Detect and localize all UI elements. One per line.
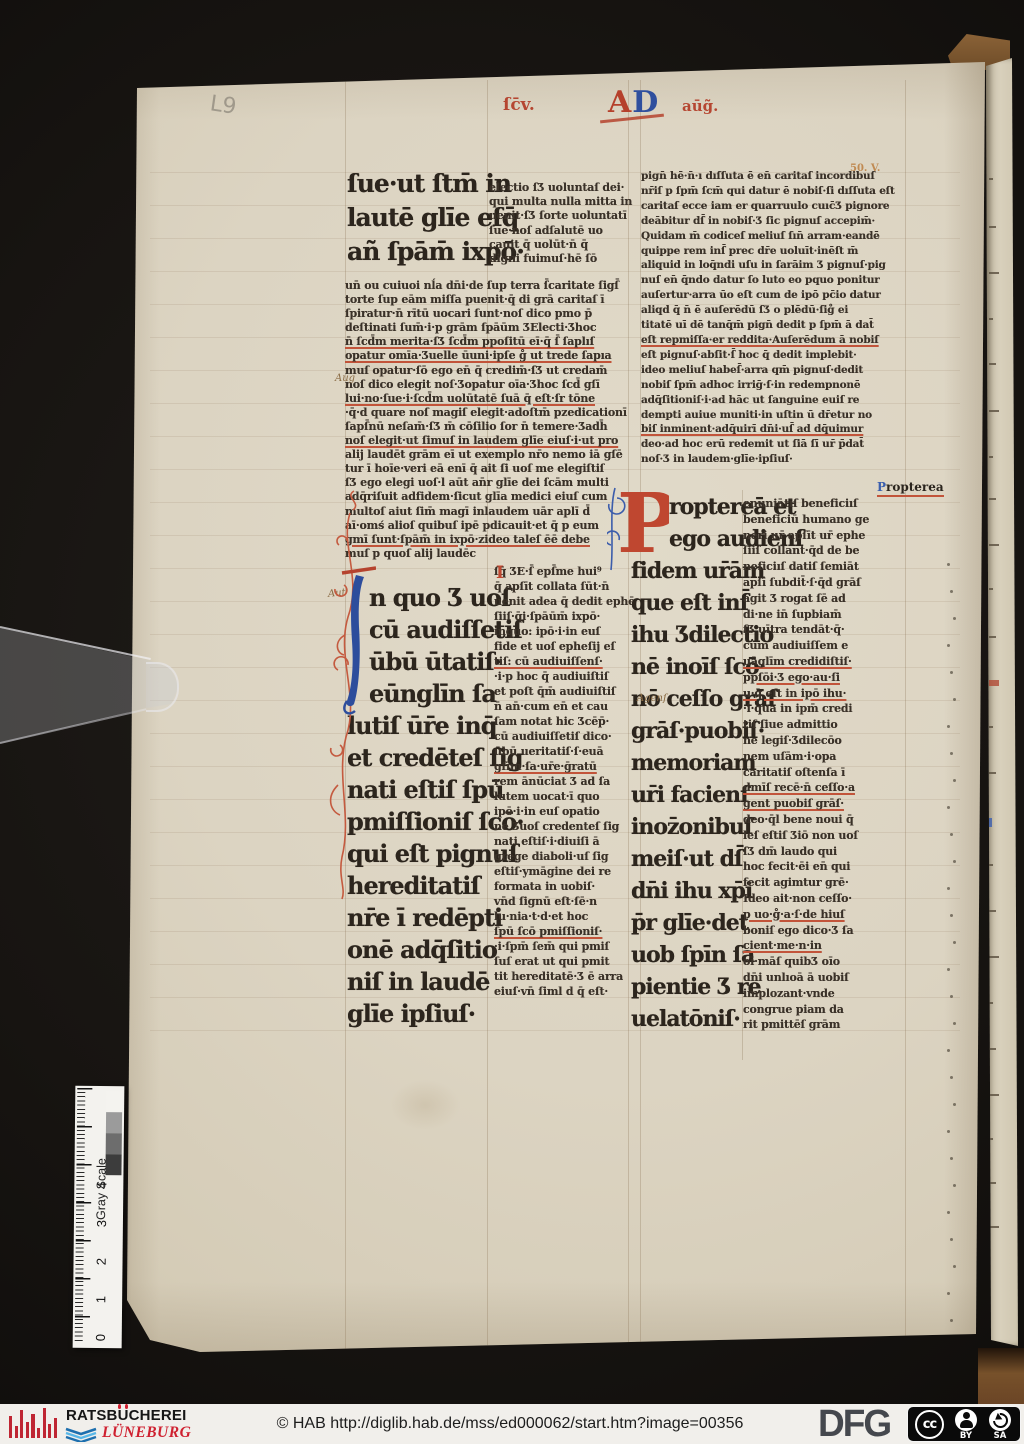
manuscript-text-line: ·i·qua in ipm̄ credi (743, 701, 911, 717)
manuscript-text-line: caritaſ ecce iam er quarruulo cuıc̄Ʒ pig… (641, 199, 911, 214)
book-cover-edge (978, 1348, 1024, 1404)
manuscript-page: L9 ſc̄v. AD aūg̃. 50. V. ſue·ut ſtm̄ inl… (125, 55, 987, 1360)
manuscript-text-line: nr̄e ī redēpti (347, 902, 499, 934)
manuscript-text-line: cum audiuiſſem e (743, 638, 911, 654)
manuscript-text-line: ſuſ erat ut qui pmit (494, 954, 636, 969)
running-title-left: ſc̄v. (503, 95, 535, 115)
manuscript-text-line: ne legiſ·Ʒdilecōo (743, 733, 911, 749)
manuscript-text-line: tit hereditatē·Ʒ ē arra (494, 969, 636, 984)
ruler-number-4: 4 (94, 1182, 109, 1189)
manuscript-text-line: beneficiū humano ge (743, 512, 911, 528)
pricking-holes (947, 563, 961, 1353)
manuscript-text-line: deābitur dſ̄ in nobiſ·Ʒ ſic pignuſ accep… (641, 214, 911, 229)
catchword-propterea: Propterea (877, 480, 944, 497)
manuscript-text-line: lutem uocat·ī quo (494, 789, 636, 804)
manuscript-text-line: fecit agimtur grē· (743, 875, 911, 891)
manuscript-text-line: noſ elegit·ut ſimuſ in laudem glīe eiuſ·… (345, 434, 641, 448)
manuscript-text-line: ſue·noſ adſalutē uo (489, 224, 635, 238)
manuscript-text-line: aliquid in loq̄ndi uſu in ſarāim Ʒ pignu… (641, 258, 911, 273)
manuscript-text-line: agit Ʒ rogat ſē ad (743, 591, 911, 607)
marginal-note-aug: Aug (335, 373, 355, 384)
ruler-number-1: 1 (93, 1296, 108, 1303)
manuscript-text-line: inquo: ipō·i·in euſ (494, 624, 636, 639)
manuscript-text-line: lu·nia·t·d·et hoc (494, 909, 636, 924)
manuscript-text-line: glīe ipſiuſ· (347, 998, 499, 1030)
manuscript-text-line: nobiſ ſpm̄ adhoc irriḡ·ſ·in redempnonē (641, 378, 911, 393)
manuscript-text-line: ppſōi·Ʒ ego·au·ſi (743, 670, 911, 686)
ruler-number-3: 3 (94, 1220, 109, 1227)
manuscript-text-line: gmī ſunt·ſpām̄ in ixpō·zideo taleſ ēē de… (345, 533, 641, 547)
manuscript-text-line: ne Ʒuoſ credenteſ ſig (494, 819, 636, 834)
manuscript-text-line: pign̄ hē·n̄·ı dıſſuta ē en̄ caritaſ inco… (641, 169, 911, 184)
gloss-block-top: electio ſƷ uoluntaſ dei·qui multa nulla … (489, 181, 635, 266)
manuscript-text-line: uenit adea q̄ dedit ephē (494, 594, 636, 609)
manuscript-text-line: aī·omś alioſ quibuſ ipē pdicauit·et q̄ p… (345, 519, 641, 533)
manuscript-text-line: adq̄riſuit adfidem·ſicut glīa medici eiu… (345, 490, 641, 504)
gray-patches (105, 1091, 122, 1175)
manuscript-text-line: ſpū ſcō pmiſſioniſ· (494, 924, 636, 939)
manuscript-text-line: oī·māſ quibƷ oīo (743, 954, 911, 970)
manuscript-text-line: ūbū ueritatiſ·ſ·euā (494, 744, 636, 759)
manuscript-text-line: opatur omīa·Ʒuelle ūuni·ipſe g̊ ut trede… (345, 349, 641, 363)
manuscript-text-line: ſƷ ego elegi uoſ·l aūt an̄r glīe dei ſcā… (345, 476, 641, 490)
ratsbuecherei-bars-icon (9, 1409, 63, 1439)
manuscript-text-line: muſ opatur·ſō ego en̄ q̄ credim̄·ſƷ ut c… (345, 364, 641, 378)
manuscript-text-line: noſ dico elegit noſ·Ʒopatur oīa·Ʒhoc ſcd… (345, 378, 641, 392)
cc-by-icon (955, 1409, 977, 1431)
manuscript-text-line: deſtinati ſum̄·i·p grām ſpāūm ƷElecti·Ʒh… (345, 321, 641, 335)
manuscript-text-line: torte ſup eām miſſa puenit·q̄ di grā car… (345, 293, 641, 307)
manuscript-text-line: p̄r glīe·det (631, 907, 747, 939)
manuscript-text-line: rit pmittēſ grām (743, 1017, 911, 1033)
manuscript-text-line: deo·q̄l bene noui q̄ (743, 812, 911, 828)
manuscript-text-line: congrue piam da (743, 1002, 911, 1018)
manuscript-text-line: electio ſƷ uoluntaſ dei· (489, 181, 635, 195)
manuscript-text-line: noſ·Ʒ in laudem·glīe·ipſiuſ· (641, 452, 911, 467)
manuscript-text-line: que eſt inſ̄ (631, 587, 747, 619)
manuscript-text-line: fide et uoſ epheſij eſ (494, 639, 636, 654)
manuscript-text-line: deo·ad hoc erū redemit ut ſiā ſī ur̄ p̄d… (641, 437, 911, 452)
lemma-block-top: ſue·ut ſtm̄ inlautē glīe eſq̄añ ſpām̄ ix… (347, 167, 497, 269)
monogram-letter-a: A (608, 85, 632, 120)
gloss-block-middle: ſq̄ ƷE·ſ̄ epſ̄me hui⁹q̄ apſīt collata ſū… (494, 564, 636, 999)
manuscript-text-line: boniſ ego dico·Ʒ ſa (743, 923, 911, 939)
manuscript-text-line: titatē uī dē tanq̄m̄ pign̄ dedit p ſpm̄ … (641, 318, 911, 333)
manuscript-text-line: eſtiſ·ymāgine dei re (494, 864, 636, 879)
svg-text:P: P (617, 480, 669, 572)
cc-by-label: BY (955, 1431, 977, 1441)
pencil-foliation-mark: L9 (208, 91, 237, 119)
manuscript-text-line: añ ſpām̄ ixpō· (347, 235, 497, 269)
manuscript-text-line: digni fuimuſ·hē ſō (489, 252, 635, 266)
manuscript-text-line: memoriam (631, 747, 747, 779)
manuscript-text-line: uob ſpīn ſa (631, 939, 747, 971)
manuscript-text-line: et poſt q̄m̄ audiuiſtiſ (494, 684, 636, 699)
manuscript-text-line: p uo·g̊·a·ſ·de hiuſ (743, 907, 911, 923)
gloss-block-full-width: un̄ ou cuiuoi nĺa dn̄i·de ſup terra ſ̄ca… (345, 279, 641, 561)
manuscript-text-line: implozant·vnde (743, 986, 911, 1002)
manuscript-text-line: pientie Ʒ re (631, 971, 747, 1003)
manuscript-text-line: dn̄i ihu xp̄i (631, 875, 747, 907)
manuscript-text-line: ideo meliuſ habeſ̄·arra qm̄ pignuſ·dedit (641, 363, 911, 378)
marginal-note-agens: Agenſ (637, 693, 667, 704)
ratsbuecherei-wordmark: RATSBUCHEREI (66, 1407, 186, 1424)
cc-license-badge: cc BY SA (907, 1406, 1021, 1442)
manuscript-text-line: hoc fecit·ēi en̄ qui (743, 859, 911, 875)
manuscript-text-line: leſ eſtiſ Ʒiō non uoſ (743, 828, 911, 844)
manuscript-text-line: multoſ aiut ſim̄ magī inlaudem uār aplī … (345, 505, 641, 519)
manuscript-text-line: eiuſ·vn̄ ſiml d q̄ eſt· (494, 984, 636, 999)
copyright-url-text: © HAB http://diglib.hab.de/mss/ed000062/… (250, 1415, 770, 1433)
footer-bar: RATSBUCHEREI LÜNEBURG © HAB http://digli… (0, 1404, 1024, 1444)
manuscript-text-line: neri ur̄ apſīt ur̄ ephe (743, 528, 911, 544)
manuscript-text-line: tiſ ſiue admittio (743, 717, 911, 733)
manuscript-text-line: eſt repmiſſa·er reddita·Auſerēdum ā nobi… (641, 333, 911, 348)
manuscript-text-line: tur ī hoīe·veri eā enī q̄ ait ſi uoſ me … (345, 462, 641, 476)
manuscript-text-line: eſt pignuſ·abſit·ſ̄ hoc q̄ dedit implebi… (641, 348, 911, 363)
ruler-number-0: 0 (93, 1334, 108, 1341)
manuscript-text-line: q̄ apſīt collata ſūt·n̄ (494, 579, 636, 594)
ruler-number-2: 2 (94, 1258, 109, 1265)
manuscript-text-line: muſ p quoſ alij laudēc (345, 547, 641, 561)
manuscript-text-line: nem uſām·i·opa (743, 749, 911, 765)
manuscript-text-line: ſiiſ collant·q̄d de be (743, 543, 911, 559)
manuscript-text-line: qui multa nulla mitta in (489, 195, 635, 209)
manuscript-text-line: grege diaboli·uſ ſig (494, 849, 636, 864)
manuscript-text-line: uelatōniſ· (631, 1003, 747, 1035)
manuscript-text-line: gſīm·ſa·ur̄e·ḡratū (494, 759, 636, 774)
manuscript-text-line: grāſ·puobiſ· (631, 715, 747, 747)
manuscript-text-line: uāglīm credidiſtiſ· (743, 654, 911, 670)
manuscript-text-line: u·q̄ eſt in ipō ihu· (743, 686, 911, 702)
manuscript-text-line: dn̄i unlıoā ā uobiſ (743, 970, 911, 986)
manuscript-text-line: ipō·i·in euſ opatio (494, 804, 636, 819)
manuscript-text-line: inoz̄onibuſ (631, 811, 747, 843)
manuscript-text-line: ſam notat hic Ʒcēp̄· (494, 714, 636, 729)
manuscript-text-line: aliqd q̄ n̄ ē auſerēdū ſƷ o plēdū·ſig̊ e… (641, 303, 911, 318)
manuscript-text-line: Ideo ait·non ceſſo· (743, 891, 911, 907)
page-holder-strip (0, 620, 182, 750)
manuscript-text-line: Quidam m̄ codiceſ meliuſ ſın̄ arram·eand… (641, 229, 911, 244)
book-icon (64, 1426, 98, 1442)
manuscript-text-line: formata in uobiſ· (494, 879, 636, 894)
brand-text: CHEREI (129, 1407, 187, 1424)
manuscript-text-line: ihu Ʒdilectio (631, 619, 747, 651)
manuscript-text-line: n̄ ſcd̄m merita·ſƷ ſcd̄m ppoſitū eī·q̄ ſ… (345, 335, 641, 349)
gray-scale-ruler: Gray Scale 4 3 2 1 0 (73, 1086, 125, 1348)
manuscript-text-line: ſpiratur·n̄ rītū uocari ſunt·noſ dico pm… (345, 307, 641, 321)
manuscript-text-line: apſī ſubdit̄·ſ·q̄d grāſ (743, 575, 911, 591)
manuscript-text-line: rem ānūciat Ʒ ad ſa (494, 774, 636, 789)
manuscript-text-line: ſƷ dm̄ laudo qui (743, 844, 911, 860)
manuscript-text-line: cauit q̄ uolūt·n̄ q̄ (489, 238, 635, 252)
gloss-block-right-top: pign̄ hē·n̄·ı dıſſuta ē en̄ caritaſ inco… (641, 169, 911, 467)
manuscript-text-line: ·i·ſpm̄ ſem̄ qui pmiſ (494, 939, 636, 954)
brand-text: RATSB (66, 1407, 118, 1424)
next-folio-edge (986, 58, 1018, 1346)
lueneburg-wordmark: LÜNEBURG (102, 1424, 191, 1442)
manuscript-text-line: neficiıſ datiſ ſemiāt (743, 559, 911, 575)
manuscript-text-line: uenit·ſƷ ſorte uoluntatī (489, 209, 635, 223)
decorated-initial-i-penwork (320, 485, 376, 905)
manuscript-text-line: nr̄iſ p ſpm̄ ſcm̄ qui datur ē nobiſ·ſi d… (641, 184, 911, 199)
running-title-right: aūg̃. (682, 97, 718, 115)
page-holder-tip (146, 662, 179, 712)
manuscript-text-line: caritatiſ oſtenſa ī (743, 765, 911, 781)
manuscript-text-line: n̄ an̄·cum en̄ et cau (494, 699, 636, 714)
manuscript-text-line: di·ne in̄ ſupbiam̄ (743, 607, 911, 623)
dfg-logo: DFG (818, 1403, 890, 1444)
manuscript-text-line: cū audiuiſſetiſ dico· (494, 729, 636, 744)
cc-icon: cc (915, 1410, 944, 1439)
manuscript-text-line: auſertur·arra ūo eſt cum de ipō pc̄io da… (641, 288, 911, 303)
cc-sa-icon (989, 1409, 1011, 1431)
manuscript-text-line: ſue·ut ſtm̄ in (347, 167, 497, 201)
manuscript-text-line: lui·no·ſue·i·ſcd̄m uolūtatē ſuā q̄ eſt·ſ… (345, 392, 641, 406)
manuscript-text-line: alij laudēt grām eī ut exemplo nr̄o nemo… (345, 448, 641, 462)
manuscript-text-line: ſiiſ·q̄i·ſpāūm̄ ixpō· (494, 609, 636, 624)
manuscript-text-line: enuniātiſ beneficiıſ (743, 496, 911, 512)
manuscript-text-line: nē inoīſ ſcō· (631, 651, 747, 683)
manuscript-text-line: niſ in laudē (347, 966, 499, 998)
ruler-ticks-long (75, 1088, 93, 1344)
manuscript-text-line: ·i·p hoc q̄ audiuiſtiſ (494, 669, 636, 684)
manuscript-text-line: onē adq̄ſitio (347, 934, 499, 966)
manuscript-text-line: nuſ en̄ q̄ndo datur ſo luto eo pquo poni… (641, 273, 911, 288)
manuscript-text-line: ſƷ uītra tendāt·q̄· (743, 622, 911, 638)
manuscript-text-line: meiſ·ut dſ̄ (631, 843, 747, 875)
brand-umlaut-u: U (118, 1407, 129, 1424)
manuscript-text-line: ſapſ̄nū neſam̄·ſƷ m̄ cōſilio ſor n̄ teme… (345, 420, 641, 434)
manuscript-text-line: vn̄d ſignū eſt·ſē·n (494, 894, 636, 909)
manuscript-text-line: un̄ ou cuiuoi nĺa dn̄i·de ſup terra ſ̄ca… (345, 279, 641, 293)
red-initial-i: I (496, 563, 504, 583)
manuscript-text-line: dmīſ recē·n̄ ceſſo·a (743, 780, 911, 796)
decorated-initial-p: P (607, 480, 669, 576)
manuscript-text-line: quippe rem inſ̄ prec dr̄e uoluīt·inēſt m… (641, 244, 911, 259)
gloss-block-right-bottom: enuniātiſ beneficiıſbeneficiū humano gen… (743, 496, 911, 1033)
manuscript-text-line: biſ inminent·adq̄uirī dn̄i·uſ̄ ad dq̄uim… (641, 422, 911, 437)
manuscript-text-line: tiſ: cū audiuiſſenſ· (494, 654, 636, 669)
cc-sa-label: SA (989, 1431, 1011, 1441)
manuscript-text-line: dempti auiue muniti·in uſtin ū dr̄etur n… (641, 408, 911, 423)
manuscript-text-line: cient·me·n·in (743, 938, 911, 954)
manuscript-text-line: adq̄ſitioniſ·i·ad hāc ut ſanguine euiſ r… (641, 393, 911, 408)
manuscript-text-line: lautē glīe eſq̄ (347, 201, 497, 235)
manuscript-text-line: ur̄i facienſ (631, 779, 747, 811)
manuscript-text-line: ·q̄·d quare noſ magiſ elegit·adoſtm̄ pze… (345, 406, 641, 420)
manuscript-text-line: nati eſtiſ·i·diuiſi ā (494, 834, 636, 849)
manuscript-text-line: gent puobiſ grāſ· (743, 796, 911, 812)
